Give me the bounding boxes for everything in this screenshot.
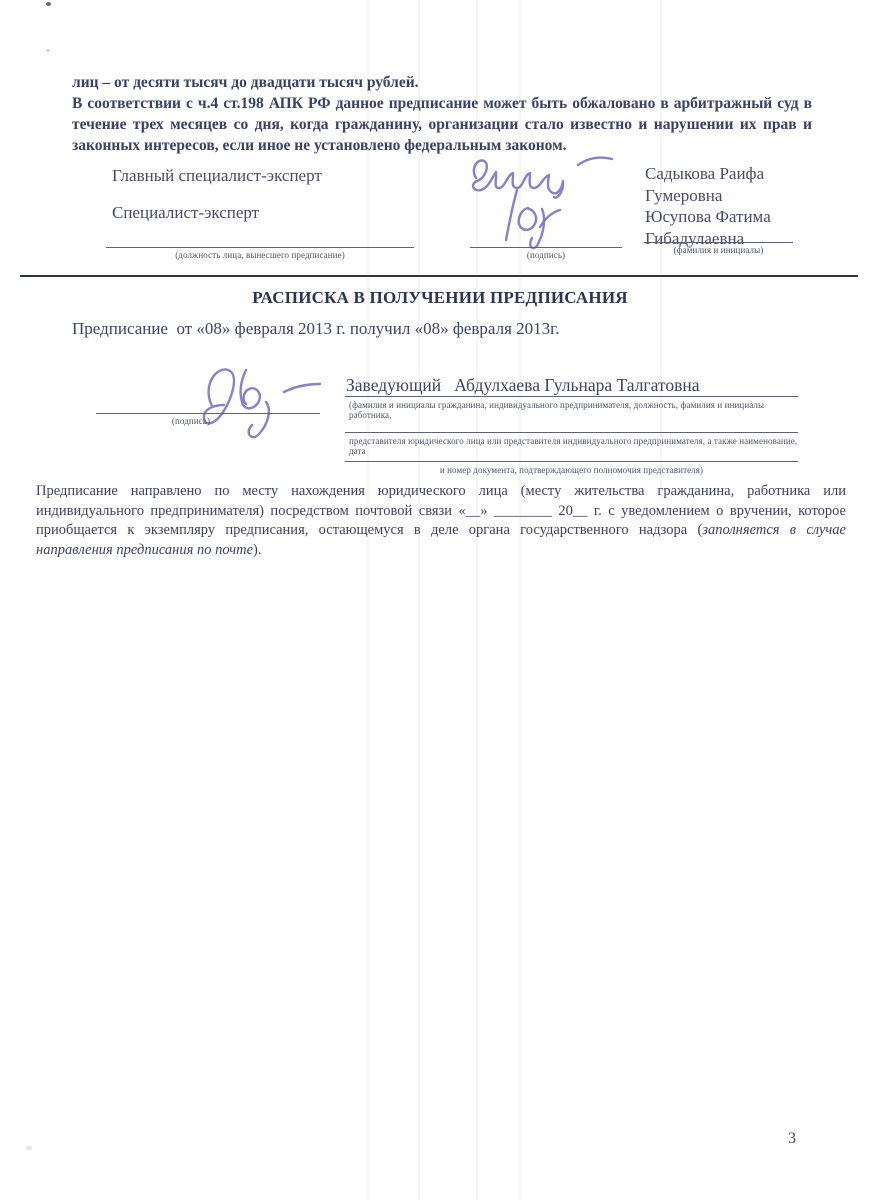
official-position-1: Главный специалист-эксперт bbox=[112, 166, 322, 186]
scanned-document-page: лиц – от десяти тысяч до двадцати тысяч … bbox=[0, 0, 881, 1200]
recipient-caption-1: (фамилия и инициалы гражданина, индивиду… bbox=[349, 400, 799, 420]
intro-line-appeal: В соответствии с ч.4 ст.198 АПК РФ данно… bbox=[72, 93, 812, 156]
mailing-note: Предписание направлено по месту нахожден… bbox=[36, 482, 846, 560]
position-underline bbox=[106, 247, 414, 248]
recipient-underline-3 bbox=[345, 461, 798, 462]
scan-speck bbox=[26, 1146, 32, 1150]
official-names: Садыкова Раифа Гумеровна Юсупова Фатима … bbox=[645, 163, 805, 249]
official-name-2a: Юсупова Фатима bbox=[645, 206, 805, 228]
receipt-recipient: Заведующий Абдулхаева Гульнара Талгатовн… bbox=[346, 375, 798, 396]
intro-paragraph: лиц – от десяти тысяч до двадцати тысяч … bbox=[72, 72, 812, 156]
signature-yusupova bbox=[500, 186, 572, 252]
official-position-2: Специалист-эксперт bbox=[112, 203, 259, 223]
section-divider bbox=[20, 275, 858, 277]
receipt-received-line: Предписание от «08» февраля 2013 г. полу… bbox=[72, 319, 559, 339]
recipient-underline-1 bbox=[345, 396, 798, 397]
scan-streak bbox=[367, 0, 369, 1200]
caption-signature: (подпись) bbox=[470, 250, 622, 260]
official-name-1b: Гумеровна bbox=[645, 185, 805, 207]
recipient-caption-2: представителя юридического лица или пред… bbox=[349, 436, 799, 456]
page-number: 3 bbox=[788, 1130, 796, 1148]
scan-speck bbox=[46, 49, 50, 52]
scan-speck bbox=[46, 2, 51, 6]
signature-underline bbox=[470, 247, 622, 248]
receipt-caption-signature: (подпись) bbox=[96, 416, 286, 426]
signature-abdulkhaeva bbox=[166, 360, 338, 448]
caption-position: (должность лица, вынесшего предписание) bbox=[106, 250, 414, 260]
intro-line-fine: лиц – от десяти тысяч до двадцати тысяч … bbox=[72, 72, 812, 93]
mailing-note-closing: ). bbox=[253, 542, 261, 558]
scan-streak bbox=[418, 0, 420, 1200]
recipient-underline-2 bbox=[345, 432, 798, 433]
caption-name: (фамилия и инициалы) bbox=[644, 245, 793, 255]
name-underline bbox=[644, 242, 793, 243]
official-name-1a: Садыкова Раифа bbox=[645, 163, 805, 185]
receipt-signature-underline bbox=[96, 413, 320, 414]
receipt-title: РАСПИСКА В ПОЛУЧЕНИИ ПРЕДПИСАНИЯ bbox=[60, 288, 820, 308]
recipient-caption-3: и номер документа, подтверждающего полно… bbox=[345, 465, 798, 475]
